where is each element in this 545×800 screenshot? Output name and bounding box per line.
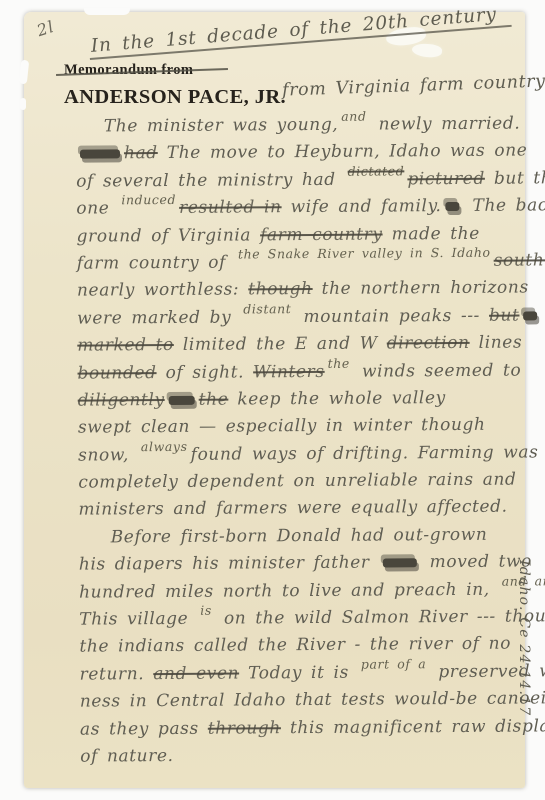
handwriting: found ways of drifting. Farming was: [191, 442, 539, 464]
handwriting: keep the whole valley: [228, 388, 446, 410]
struck-word: bounded: [77, 363, 156, 384]
handwriting: mountain peaks ---: [294, 305, 489, 326]
header-annotation-line1: In the 1st decade of the 20th century: [88, 3, 512, 60]
struck-word: the: [199, 389, 229, 409]
struck-word: southern Idaho: [494, 250, 545, 271]
handwriting: one: [76, 199, 118, 219]
manuscript-line: of several the ministry had dictatedpict…: [76, 165, 540, 196]
handwriting: wife and family.: [282, 196, 442, 217]
manuscript-line: diligentlythe keep the whole valley: [78, 384, 542, 415]
manuscript-line: swept clean — especially in winter thoug…: [78, 412, 542, 443]
pencil-scribble: [383, 559, 417, 568]
manuscript-line: farm country of the Snake River valley i…: [77, 247, 541, 278]
letterhead-name: ANDERSON PACE, JR.: [64, 86, 286, 109]
handwriting: but this,: [485, 168, 545, 189]
manuscript-line: completely dependent on unreliable rains…: [78, 466, 542, 497]
inserted-word: part of a: [361, 658, 426, 670]
handwriting: of several the ministry had: [76, 170, 345, 192]
handwriting: on the wild Salmon River --- though: [215, 606, 545, 628]
manuscript-line: return. and even Today it is part of a p…: [80, 658, 544, 689]
torn-edge-notch: [84, 8, 130, 15]
struck-word: resulted in: [179, 197, 282, 218]
handwriting: winds seemed to: [353, 360, 521, 381]
handwriting: lines: [470, 333, 523, 353]
pencil-scribble: [80, 150, 120, 159]
manuscript-line: as they pass through this magnificent ra…: [80, 713, 544, 744]
manuscript-line: the indians called the River - the river…: [79, 631, 543, 662]
handwriting: the indians called the River - the river…: [79, 634, 511, 657]
pencil-scribble: [445, 202, 459, 211]
manuscript-line: The minister was young,and newly married…: [76, 110, 540, 141]
margin-archival-note: Idaho. Ce 24.14.17: [516, 560, 532, 716]
manuscript-line: nearly worthless: though the northern ho…: [77, 275, 541, 306]
inserted-word: dictated: [348, 165, 405, 177]
inserted-word: is: [200, 605, 212, 617]
letterhead-memo-line: Memorandum from: [64, 62, 286, 79]
handwriting: ground of Virginia: [76, 225, 260, 246]
manuscript-line: marked to limited the E and W direction …: [77, 330, 541, 361]
handwriting: hundred miles north to live and preach i…: [79, 579, 499, 602]
struck-word: had: [124, 143, 158, 163]
header-annotation-line2: from Virginia farm country.: [282, 71, 545, 100]
page-corner-mark: 2l: [34, 17, 56, 40]
inserted-word: and: [341, 111, 366, 123]
manuscript-line: had The move to Heyburn, Idaho was one: [76, 138, 540, 169]
handwriting: newly married.: [370, 114, 521, 135]
handwriting: as they pass: [80, 718, 208, 739]
letterhead: Memorandum from ANDERSON PACE, JR.: [64, 62, 286, 109]
handwriting: The back-: [463, 195, 545, 216]
struck-word: marked to: [77, 335, 174, 356]
handwriting: this magnificent raw display: [281, 716, 545, 738]
manuscript-page: 2l In the 1st decade of the 20th century…: [24, 12, 525, 788]
manuscript-line: of nature.: [80, 740, 544, 771]
scan-background: { "page": { "corner_mark": "2l", "margin…: [0, 0, 545, 800]
pencil-scribble: [169, 396, 195, 405]
struck-word: and even: [153, 663, 239, 684]
handwriting: nothing: [541, 305, 545, 326]
manuscript-line: one inducedresulted in wife and family. …: [76, 193, 540, 224]
handwriting: his diapers his minister father: [79, 553, 379, 575]
struck-word: diligently: [78, 390, 165, 411]
struck-word: Winters: [253, 361, 325, 381]
handwriting: ness in Central Idaho that tests would-b…: [80, 688, 545, 711]
manuscript-line: his diapers his minister father moved tw…: [79, 549, 543, 580]
handwriting: return.: [80, 664, 154, 685]
pencil-scribble: [523, 311, 537, 320]
handwriting: made the: [383, 223, 480, 244]
inserted-word: induced: [121, 194, 176, 206]
handwriting: of sight.: [156, 362, 253, 383]
inserted-word: the Snake River valley in S. Idaho: [238, 247, 491, 261]
handwriting: swept clean — especially in winter thoug…: [78, 415, 486, 438]
manuscript-line: were marked by distant mountain peaks --…: [77, 302, 541, 333]
erasure-patch: [411, 43, 442, 59]
struck-word: farm country: [260, 224, 383, 245]
manuscript-line: Before first-born Donald had out-grown: [79, 521, 543, 552]
manuscript: The minister was young,and newly married…: [76, 110, 545, 771]
handwriting: The move to Heyburn, Idaho was one: [158, 141, 528, 164]
inserted-word: always: [141, 441, 188, 453]
handwriting: limited the E and W: [174, 334, 387, 355]
inserted-word: the: [328, 357, 350, 369]
handwriting: ministers and farmers were equally affec…: [78, 497, 507, 520]
manuscript-line: bounded of sight. Wintersthe winds seeme…: [77, 357, 541, 388]
torn-edge-notch: [19, 60, 29, 85]
inserted-word: distant: [243, 303, 291, 315]
manuscript-line: ness in Central Idaho that tests would-b…: [80, 686, 544, 717]
struck-word: but: [489, 305, 520, 325]
torn-edge-notch: [20, 98, 26, 110]
handwriting: the northern horizons: [313, 278, 529, 300]
struck-word: pictured: [407, 169, 485, 190]
manuscript-line: hundred miles north to live and preach i…: [79, 576, 543, 607]
handwriting: This village: [79, 609, 197, 630]
handwriting: The minister was young,: [104, 115, 339, 137]
handwriting: completely dependent on unreliable rains…: [78, 470, 516, 493]
handwriting: Before first-born Donald had out-grown: [111, 525, 488, 548]
struck-word: through: [208, 718, 281, 739]
struck-word: though: [248, 279, 313, 299]
manuscript-line: snow, alwaysfound ways of drifting. Farm…: [78, 439, 542, 470]
manuscript-line: ministers and farmers were equally affec…: [78, 494, 542, 525]
struck-word: direction: [387, 333, 470, 354]
handwriting: were marked by: [77, 307, 240, 328]
handwriting: of nature.: [80, 746, 174, 767]
handwriting: farm country of: [77, 252, 235, 273]
manuscript-line: This village is on the wild Salmon River…: [79, 603, 543, 634]
handwriting: Today it is: [239, 662, 358, 683]
handwriting: nearly worthless:: [77, 280, 248, 301]
handwriting: snow,: [78, 445, 138, 465]
